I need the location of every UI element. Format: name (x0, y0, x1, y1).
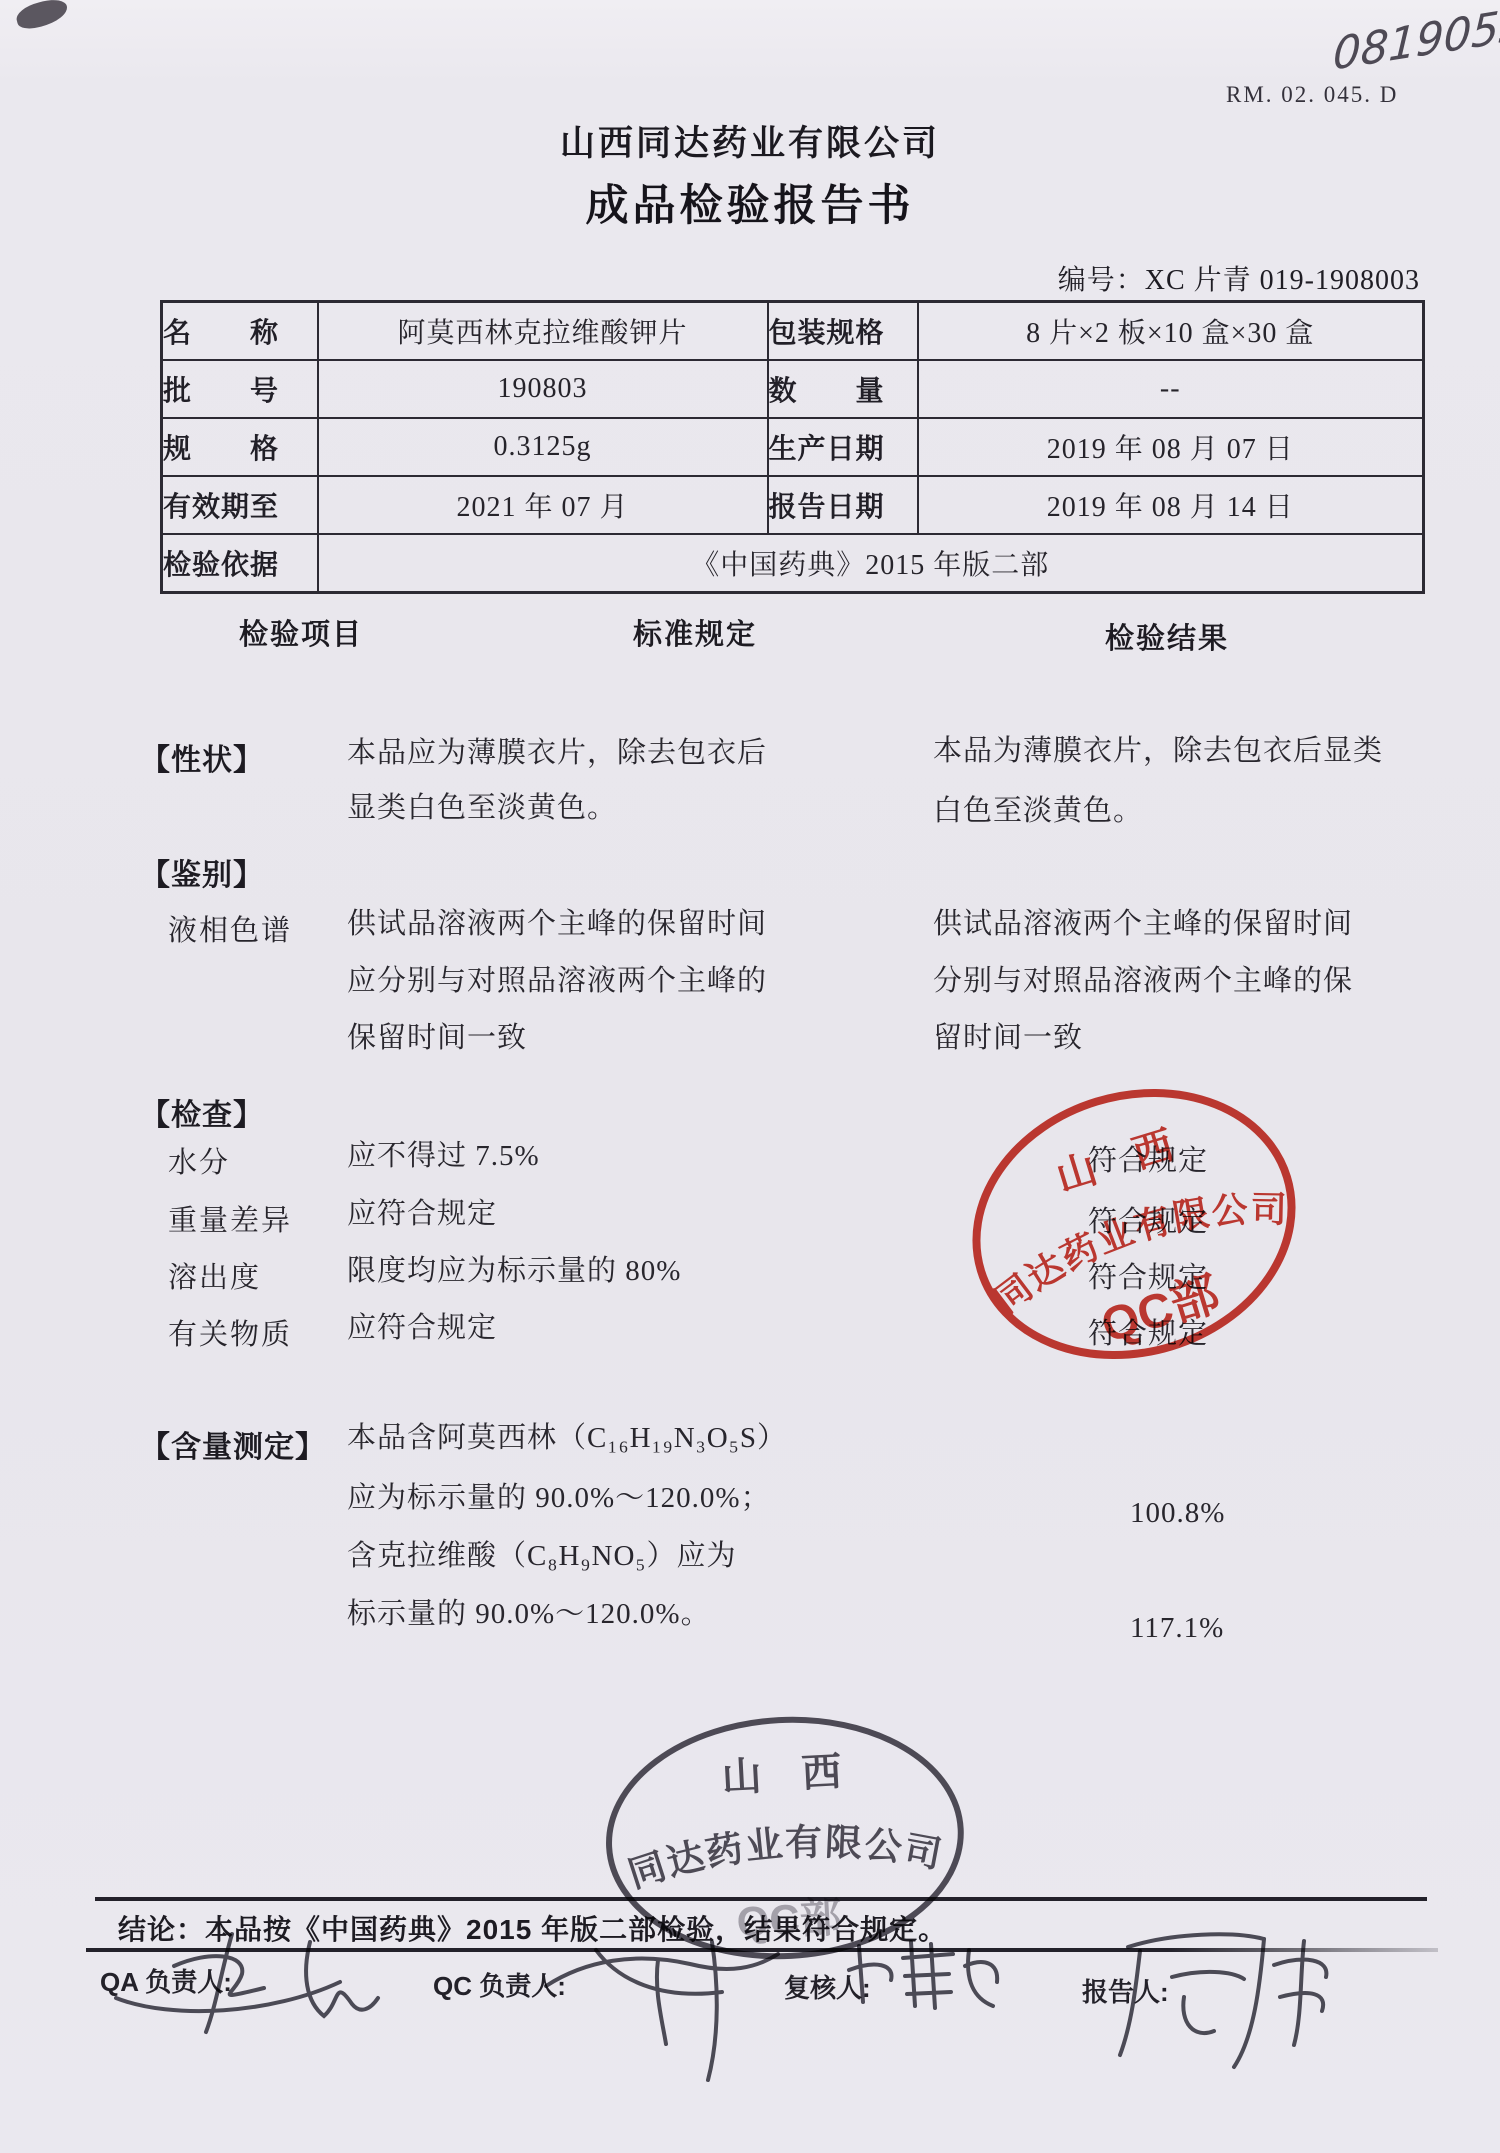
cell-batch-value: 190803 (318, 360, 768, 418)
hanliang-result-amoxicillin: 100.8% (1130, 1497, 1225, 1530)
reporter-signature (1112, 1925, 1377, 2080)
grey-stamp-top-text: 山 西 (721, 1750, 843, 1800)
cell-name-value: 阿莫西林克拉维酸钾片 (318, 302, 768, 361)
report-number-value: XC 片青 019-1908003 (1145, 265, 1420, 296)
cell-expiry-value: 2021 年 07 月 (318, 476, 768, 534)
cell-proddate-label: 生产日期 (768, 418, 918, 476)
xingzhuang-result-line-1: 本品为薄膜衣片，除去包衣后显类 (933, 735, 1383, 768)
report-number: 编号：XC 片青 019-1908003 (1058, 258, 1420, 298)
jianbie-result-line-3: 留时间一致 (933, 1022, 1083, 1055)
form-code: RM. 02. 045. D (1226, 82, 1398, 108)
jiancha-item-substances: 有关物质 (168, 1312, 292, 1353)
cell-quantity-value: -- (918, 360, 1424, 418)
table-row: 有效期至 2021 年 07 月 报告日期 2019 年 08 月 14 日 (162, 476, 1424, 534)
xingzhuang-standard-line-2: 显类白色至淡黄色。 (347, 792, 617, 825)
section-jiancha-heading: 【检查】 (140, 1090, 264, 1134)
jianbie-item-name: 液相色谱 (168, 908, 292, 949)
company-qc-stamp-grey: 山 西 同达药业有限公司 QC部 (587, 1702, 984, 1978)
column-header-item: 检验项目 (208, 612, 394, 653)
jiancha-standard-dissolution: 限度均应为标示量的 80% (347, 1255, 681, 1288)
scanned-report-page: 0819053 RM. 02. 045. D 山西同达药业有限公司 成品检验报告… (0, 0, 1500, 2153)
scan-corner-smudge (14, 0, 70, 32)
jiancha-item-weight: 重量差异 (168, 1198, 292, 1239)
jiancha-item-water: 水分 (168, 1140, 230, 1181)
cell-batch-label: 批 号 (162, 360, 318, 418)
table-row: 检验依据 《中国药典》2015 年版二部 (162, 534, 1424, 593)
cell-proddate-value: 2019 年 08 月 07 日 (918, 418, 1424, 476)
svg-text:同达药业有限公司: 同达药业有限公司 (622, 1814, 949, 1896)
cell-package-value: 8 片×2 板×10 盒×30 盒 (918, 302, 1424, 361)
cell-reportdate-value: 2019 年 08 月 14 日 (918, 476, 1424, 534)
jiancha-standard-weight: 应符合规定 (347, 1198, 497, 1231)
section-hanliang-heading: 【含量测定】 (140, 1422, 326, 1466)
cell-name-label: 名 称 (162, 302, 318, 361)
company-name: 山西同达药业有限公司 (0, 116, 1500, 166)
table-row: 名 称 阿莫西林克拉维酸钾片 包装规格 8 片×2 板×10 盒×30 盒 (162, 302, 1424, 361)
jianbie-standard-line-1: 供试品溶液两个主峰的保留时间 (347, 908, 767, 941)
jianbie-result-line-2: 分别与对照品溶液两个主峰的保 (933, 965, 1353, 998)
grey-stamp-company-arc: 同达药业有限公司 (622, 1814, 949, 1896)
handwritten-serial-number: 0819053 (1332, 0, 1500, 81)
table-row: 规 格 0.3125g 生产日期 2019 年 08 月 07 日 (162, 418, 1424, 476)
jiancha-standard-substances: 应符合规定 (347, 1312, 497, 1345)
company-qc-stamp-red: 山 西 同达药业有限公司 QC部 (923, 1033, 1345, 1415)
section-xingzhuang-heading: 【性状】 (140, 735, 264, 779)
column-header-result: 检验结果 (1072, 616, 1262, 657)
jiancha-item-dissolution: 溶出度 (168, 1255, 261, 1296)
hanliang-standard-line-2: 应为标示量的 90.0%～120.0%； (347, 1482, 771, 1515)
section-jianbie-heading: 【鉴别】 (140, 850, 264, 894)
jiancha-standard-water: 应不得过 7.5% (347, 1140, 540, 1173)
cell-quantity-label: 数 量 (768, 360, 918, 418)
jianbie-standard-line-2: 应分别与对照品溶液两个主峰的 (347, 965, 767, 998)
cell-basis-label: 检验依据 (162, 534, 318, 593)
xingzhuang-standard-line-1: 本品应为薄膜衣片，除去包衣后 (347, 737, 767, 770)
cell-basis-value: 《中国药典》2015 年版二部 (318, 534, 1424, 593)
table-row: 批 号 190803 数 量 -- (162, 360, 1424, 418)
grey-stamp-qc-text: QC部 (735, 1893, 842, 1945)
cell-reportdate-label: 报告日期 (768, 476, 918, 534)
hanliang-standard-line-1: 本品含阿莫西林（C₁₆H₁₉N₃O₅S） (347, 1422, 787, 1455)
hanliang-standard-line-3: 含克拉维酸（C₈H₉NO₅）应为 (347, 1540, 737, 1573)
hanliang-result-clavulanate: 117.1% (1130, 1612, 1224, 1645)
cell-expiry-label: 有效期至 (162, 476, 318, 534)
xingzhuang-result-line-2: 白色至淡黄色。 (933, 795, 1143, 828)
red-stamp-qc-text: QC部 (1095, 1268, 1225, 1354)
red-stamp-top-text: 山 西 (1051, 1123, 1179, 1200)
report-number-label: 编号： (1058, 265, 1145, 296)
doc-title: 成品检验报告书 (0, 172, 1500, 233)
cell-spec-label: 规 格 (162, 418, 318, 476)
cell-package-label: 包装规格 (768, 302, 918, 361)
jianbie-result-line-1: 供试品溶液两个主峰的保留时间 (933, 908, 1353, 941)
info-table: 名 称 阿莫西林克拉维酸钾片 包装规格 8 片×2 板×10 盒×30 盒 批 … (160, 300, 1425, 594)
hanliang-standard-line-4: 标示量的 90.0%～120.0%。 (347, 1598, 711, 1631)
qa-signature (112, 1928, 442, 2043)
column-header-standard: 标准规定 (602, 612, 788, 653)
cell-spec-value: 0.3125g (318, 418, 768, 476)
jianbie-standard-line-3: 保留时间一致 (347, 1022, 527, 1055)
